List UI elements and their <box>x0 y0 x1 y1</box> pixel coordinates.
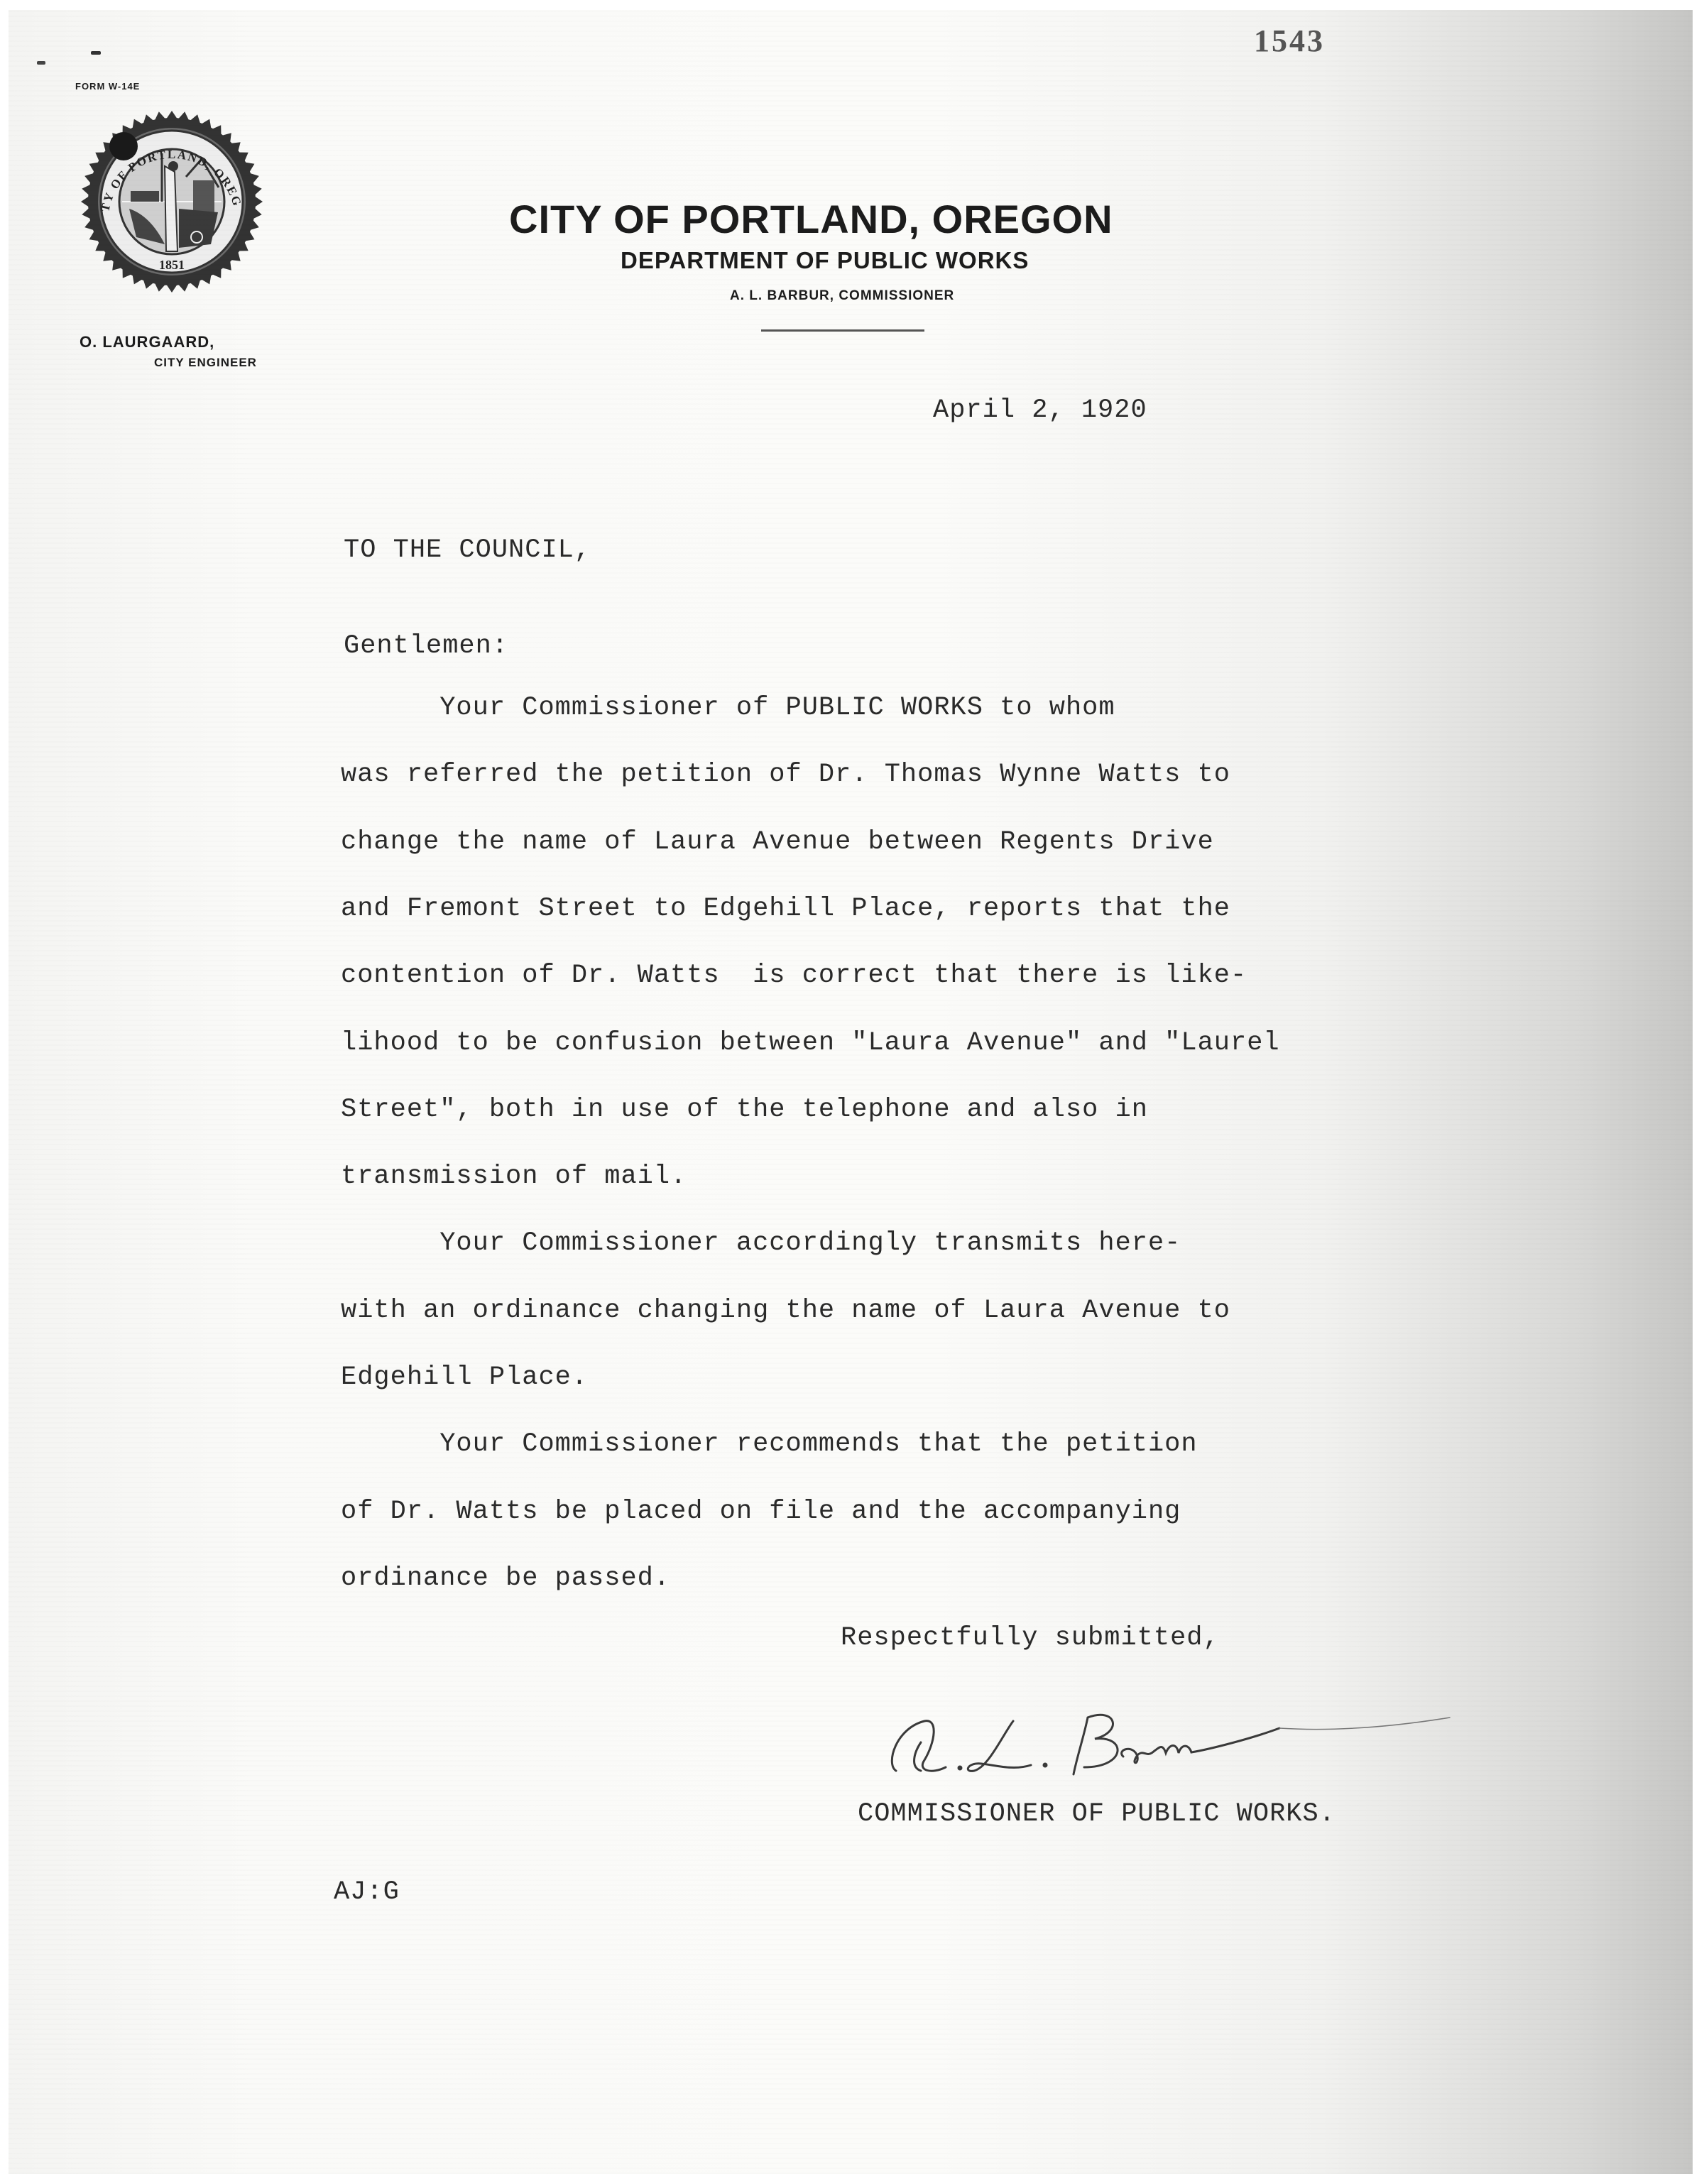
body-line: was referred the petition of Dr. Thomas … <box>341 760 1230 790</box>
body-line: Street", both in use of the telephone an… <box>341 1095 1148 1125</box>
ink-mark <box>37 61 45 65</box>
body-line: Your Commissioner accordingly transmits … <box>341 1228 1181 1258</box>
handwritten-signature: A. L. Barbur <box>882 1700 1464 1785</box>
letterhead-department: DEPARTMENT OF PUBLIC WORKS <box>621 247 1029 274</box>
form-id: FORM W-14E <box>75 81 140 92</box>
city-engineer-name: O. LAURGAARD, <box>80 333 214 351</box>
letterhead-divider <box>761 329 924 332</box>
body-line: of Dr. Watts be placed on file and the a… <box>341 1497 1181 1527</box>
body-line: Your Commissioner of PUBLIC WORKS to who… <box>341 693 1115 723</box>
signature-title: COMMISSIONER OF PUBLIC WORKS. <box>858 1799 1336 1829</box>
body-line: Your Commissioner recommends that the pe… <box>341 1429 1198 1459</box>
letterhead-commissioner: A. L. BARBUR, COMMISSIONER <box>730 288 954 304</box>
addressee: TO THE COUNCIL, <box>344 535 591 565</box>
body-line: and Fremont Street to Edgehill Place, re… <box>341 894 1230 924</box>
letterhead-title: CITY OF PORTLAND, OREGON <box>509 196 1113 242</box>
body-line: transmission of mail. <box>341 1162 687 1191</box>
city-seal-icon: 1851 CITY OF PORTLAND, OREGON <box>80 109 264 294</box>
body-line: Edgehill Place. <box>341 1363 588 1392</box>
salutation: Gentlemen: <box>344 631 508 661</box>
closing: Respectfully submitted, <box>841 1623 1220 1653</box>
ink-mark <box>91 51 101 55</box>
letter-page: 1543 FORM W-14E 1851 CITY OF PORTLAND, O… <box>9 10 1693 2174</box>
city-engineer-title: CITY ENGINEER <box>154 356 257 370</box>
body-line: lihood to be confusion between "Laura Av… <box>341 1028 1280 1058</box>
file-number: 1543 <box>1254 23 1325 59</box>
letter-date: April 2, 1920 <box>933 395 1147 425</box>
body-line: change the name of Laura Avenue between … <box>341 827 1214 857</box>
svg-text:1851: 1851 <box>159 258 185 272</box>
body-line: contention of Dr. Watts is correct that … <box>341 961 1247 990</box>
body-line: with an ordinance changing the name of L… <box>341 1296 1230 1326</box>
body-line: ordinance be passed. <box>341 1563 670 1593</box>
reference-initials: AJ:G <box>334 1877 400 1907</box>
